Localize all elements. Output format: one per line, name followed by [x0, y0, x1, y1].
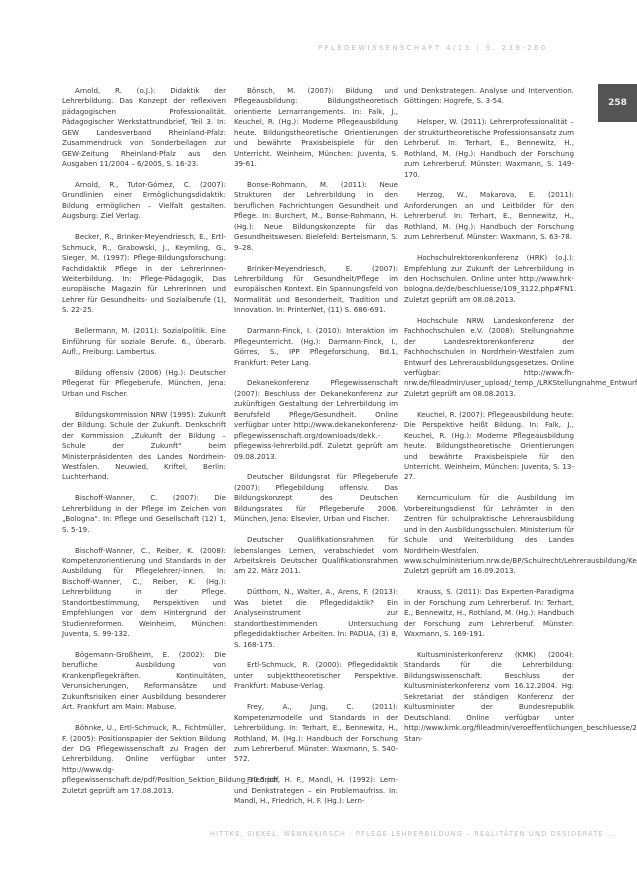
reference-item: Deutscher Qualifikationsrahmen für leben…: [234, 535, 398, 577]
reference-column-1: Arnold, R. (o.J.): Didaktik der Lehrerbi…: [62, 86, 226, 807]
reference-item: Keuchel, R. (2007): Pflegeausbildung heu…: [404, 410, 574, 483]
reference-continuation: und Denkstrategen. Analyse und Intervent…: [404, 86, 574, 107]
reference-item: Bonse-Rohmann, M. (2011): Neue Strukture…: [234, 180, 398, 253]
reference-column-3: und Denkstrategen. Analyse und Intervent…: [404, 86, 574, 754]
reference-item: Bögemann-Großheim, E. (2002): Die berufl…: [62, 650, 226, 713]
reference-item: Arnold, R., Tutor-Gómez, C. (2007): Grun…: [62, 180, 226, 222]
reference-item: Brinker-Meyendriesch, E. (2007): Lehrerb…: [234, 264, 398, 316]
running-footer: HITTKE, SIKKEL, WENNEKIRSCH · PFLEGE LEH…: [210, 830, 630, 838]
reference-item: Frey, A., Jung, C. (2011): Kompetenzmode…: [234, 702, 398, 765]
page-number-box: 258: [598, 84, 637, 122]
reference-item: Hochschulrektorenkonferenz (HRK) (o.J.):…: [404, 253, 574, 305]
reference-item: Bildungskommission NRW (1995): Zukunft d…: [62, 410, 226, 483]
reference-item: Dekanekonferenz Pflegewissenschaft (2007…: [234, 378, 398, 462]
page-number: 258: [608, 98, 627, 108]
reference-item: Herzog, W., Makarova, E. (2011): Anforde…: [404, 190, 574, 242]
reference-item: Friedrich, H. F., Mandl, H. (1992): Lern…: [234, 775, 398, 806]
reference-item: Kerncurriculum für die Ausbildung im Vor…: [404, 493, 574, 577]
running-head: PFLEGEWISSENSCHAFT 4/13 | S. 239-260: [318, 44, 618, 52]
reference-item: Kultusministerkonferenz (KMK) (2004): St…: [404, 650, 574, 744]
reference-item: Deutscher Bildungsrat für Pflegeberufe (…: [234, 472, 398, 524]
reference-item: Helsper, W. (2011): Lehrerprofessionalit…: [404, 117, 574, 180]
reference-item: Ertl-Schmuck, R. (2000): Pflegedidaktik …: [234, 660, 398, 691]
reference-item: Bellermann, M. (2011): Sozialpolitik. Ei…: [62, 326, 226, 357]
reference-item: Dütthorn, N., Walter, A., Arens, F. (201…: [234, 587, 398, 650]
reference-column-2: Bönsch, M. (2007): Bildung und Pflegeaus…: [234, 86, 398, 817]
reference-item: Darmann-Finck, I. (2010): Interaktion im…: [234, 326, 398, 368]
reference-item: Böhnke, U., Ertl-Schmuck, R., Fichtmülle…: [62, 723, 226, 796]
reference-item: Bischoff-Wanner, C., Reiber, K. (2008): …: [62, 546, 226, 640]
reference-item: Hochschule NRW. Landeskonferenz der Fach…: [404, 316, 574, 400]
reference-item: Arnold, R. (o.J.): Didaktik der Lehrerbi…: [62, 86, 226, 170]
reference-item: Bönsch, M. (2007): Bildung und Pflegeaus…: [234, 86, 398, 170]
reference-item: Bischoff-Wanner, C. (2007): Die Lehrerbi…: [62, 493, 226, 535]
reference-item: Krauss, S. (2011): Das Experten-Paradigm…: [404, 587, 574, 639]
reference-item: Bildung offensiv (2006) (Hg.): Deutscher…: [62, 368, 226, 399]
reference-item: Becker, R., Brinker-Meyendriesch, E., Er…: [62, 232, 226, 316]
